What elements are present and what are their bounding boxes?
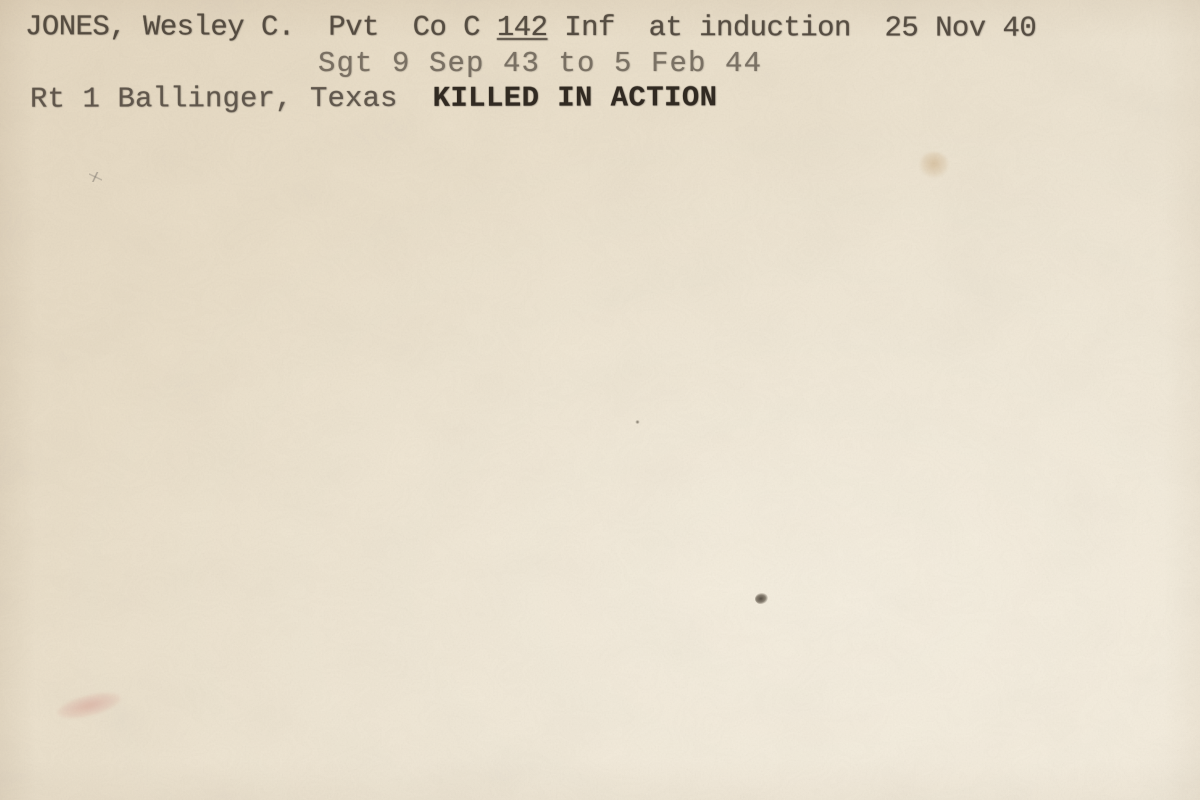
typed-line-promotion-dates: Sgt 9 Sep 43 to 5 Feb 44 [318, 49, 762, 79]
name-rank-unit-text: JONES, Wesley C. Pvt Co C [25, 10, 497, 44]
index-card: JONES, Wesley C. Pvt Co C 142 Inf at ind… [0, 0, 1200, 800]
home-address-text: Rt 1 Ballinger, Texas [30, 82, 433, 116]
kia-status-text: KILLED IN ACTION [433, 81, 718, 115]
scan-vignette [0, 0, 1200, 800]
red-pencil-smudge [54, 687, 123, 723]
dust-speck [635, 420, 640, 424]
stain-spot [919, 152, 949, 178]
ink-speck [754, 592, 769, 606]
scratch-mark [89, 172, 102, 182]
paper-grain-overlay [0, 0, 1200, 800]
typed-line-address-status: Rt 1 Ballinger, Texas KILLED IN ACTION [30, 83, 717, 114]
typed-line-name-rank-unit: JONES, Wesley C. Pvt Co C 142 Inf at ind… [25, 12, 1036, 43]
induction-date-text: Inf at induction 25 Nov 40 [547, 11, 1036, 45]
regiment-number: 142 [497, 11, 548, 44]
